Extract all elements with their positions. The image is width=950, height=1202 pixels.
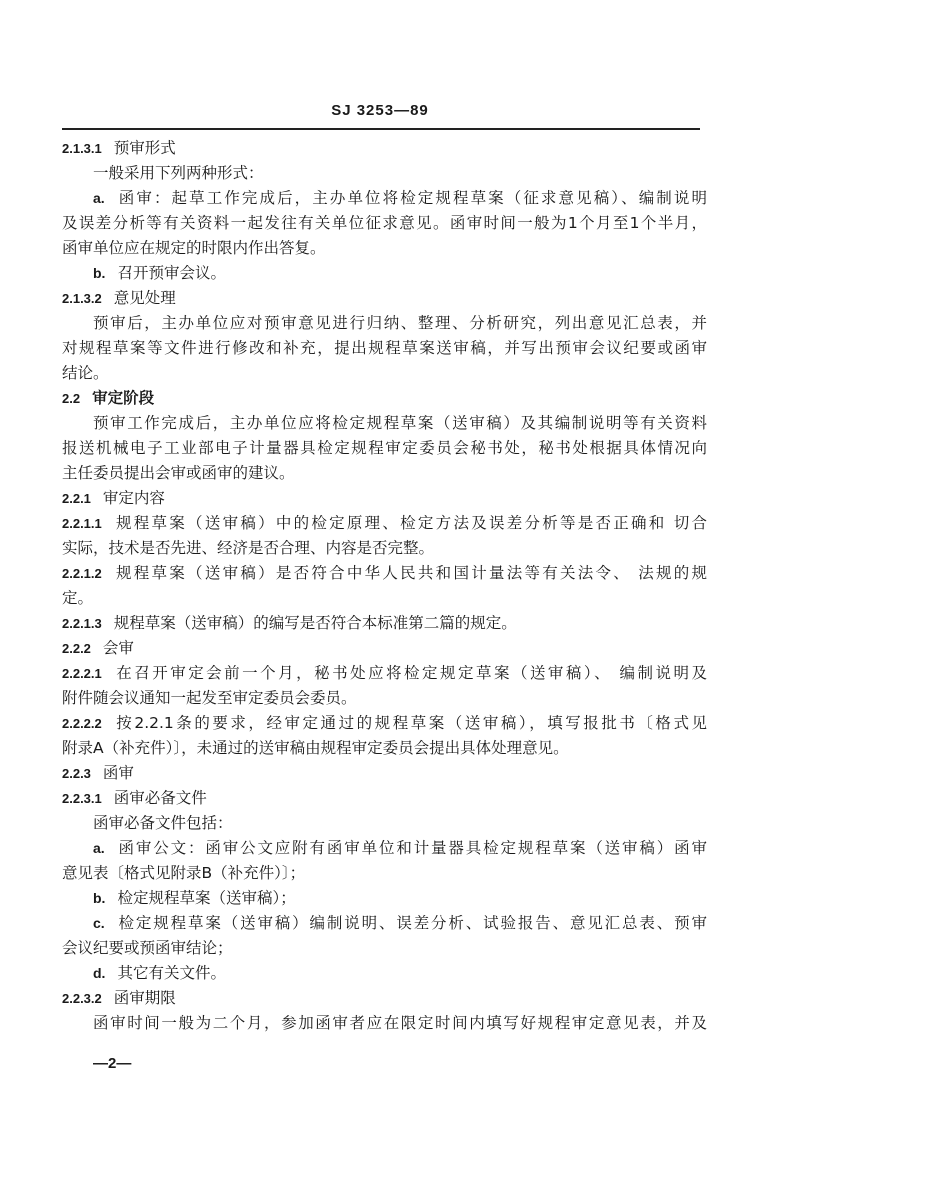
text-line: 及误差分析等有关资料一起发往有关单位征求意见。函审时间一般为1个月至1个半月， [62,211,707,236]
text-line: 报送机械电子工业部电子计量器具检定规程审定委员会秘书处，秘书处根据具体情况向 [62,436,707,461]
item-marker: b. [93,265,105,281]
item-marker: c. [93,915,105,931]
header-rule [62,128,700,130]
section-title: 审定阶段 [92,389,154,407]
text-line: 意见表〔格式见附录B（补充件）〕； [62,861,707,886]
section-number: 2.2 [62,391,80,406]
section-number: 2.2.1.1 [62,516,102,531]
clause: 2.2.1.3规程草案（送审稿）的编写是否符合本标准第二篇的规定。 [62,611,707,636]
section-number: 2.2.3 [62,766,91,781]
section-heading: 2.1.3.1预审形式 [62,136,707,161]
text-line: 定。 [62,586,707,611]
section-title: 会审 [103,639,134,657]
item-marker: a. [93,190,105,206]
section-heading: 2.2.3.2函审期限 [62,986,707,1011]
clause: 2.2.1.1规程草案（送审稿）中的检定原理、检定方法及误差分析等是否正确和 切… [62,511,707,536]
text-line: 函审公文：函审公文应附有函审单位和计量器具检定规程草案（送审稿）函审 [117,839,707,857]
text-line: 规程草案（送审稿）中的检定原理、检定方法及误差分析等是否正确和 切合 [114,514,707,532]
item-marker: d. [93,965,105,981]
text-line: 主任委员提出会审或函审的建议。 [62,461,707,486]
section-number: 2.1.3.2 [62,291,102,306]
text-line: 检定规程草案（送审稿）； [117,889,295,907]
text-line: 预审工作完成后，主办单位应将检定规程草案（送审稿）及其编制说明等有关资料 [62,411,707,436]
text-line: 函审：起草工作完成后，主办单位将检定规程草案（征求意见稿）、编制说明 [117,189,707,207]
section-number: 2.2.1 [62,491,91,506]
item-marker: b. [93,890,105,906]
section-title: 预审形式 [114,139,176,157]
list-item-b: b.召开预审会议。 [62,261,707,286]
page-number: —2— [93,1055,131,1072]
text-line: 会议纪要或预函审结论； [62,936,707,961]
text-line: 其它有关文件。 [117,964,226,982]
paragraph: 函审必备文件包括： [62,811,707,836]
text-line: 检定规程草案（送审稿）编制说明、误差分析、试验报告、意见汇总表、预审 [117,914,707,932]
section-title: 函审 [103,764,134,782]
section-heading: 2.2.2会审 [62,636,707,661]
text-line: 函审时间一般为二个月，参加函审者应在限定时间内填写好规程审定意见表，并及 [62,1011,707,1036]
text-line: 召开预审会议。 [117,264,226,282]
list-item-a: a.函审：起草工作完成后，主办单位将检定规程草案（征求意见稿）、编制说明 [62,186,707,211]
section-number: 2.2.3.1 [62,791,102,806]
list-item-b: b.检定规程草案（送审稿）； [62,886,707,911]
clause: 2.2.1.2规程草案（送审稿）是否符合中华人民共和国计量法等有关法令、 法规的… [62,561,707,586]
text-line: 规程草案（送审稿）的编写是否符合本标准第二篇的规定。 [114,614,517,632]
text-line: 附录A（补充件）〕，未通过的送审稿由规程审定委员会提出具体处理意见。 [62,736,707,761]
section-number: 2.1.3.1 [62,141,102,156]
text-line: 结论。 [62,361,707,386]
section-title: 审定内容 [103,489,165,507]
section-heading: 2.1.3.2意见处理 [62,286,707,311]
section-number: 2.2.1.2 [62,566,102,581]
section-heading: 2.2审定阶段 [62,386,707,411]
section-title: 函审必备文件 [114,789,207,807]
text-line: 函审单位应在规定的时限内作出答复。 [62,236,707,261]
text-line: 对规程草案等文件进行修改和补充，提出规程草案送审稿，并写出预审会议纪要或函审 [62,336,707,361]
list-item-a: a.函审公文：函审公文应附有函审单位和计量器具检定规程草案（送审稿）函审 [62,836,707,861]
section-number: 2.2.1.3 [62,616,102,631]
clause: 2.2.2.1在召开审定会前一个月，秘书处应将检定规定草案（送审稿）、 编制说明… [62,661,707,686]
list-item-d: d.其它有关文件。 [62,961,707,986]
document-code-header: SJ 3253—89 [0,102,760,119]
text-line: 按2.2.1条的要求，经审定通过的规程草案（送审稿），填写报批书〔格式见 [114,714,707,732]
section-number: 2.2.2 [62,641,91,656]
section-heading: 2.2.1审定内容 [62,486,707,511]
section-number: 2.2.3.2 [62,991,102,1006]
text-line: 预审后，主办单位应对预审意见进行归纳、整理、分析研究，列出意见汇总表，并 [62,311,707,336]
section-title: 函审期限 [114,989,176,1007]
section-number: 2.2.2.2 [62,716,102,731]
clause: 2.2.2.2按2.2.1条的要求，经审定通过的规程草案（送审稿），填写报批书〔… [62,711,707,736]
text-line: 附件随会议通知一起发至审定委员会委员。 [62,686,707,711]
text-line: 规程草案（送审稿）是否符合中华人民共和国计量法等有关法令、 法规的规 [114,564,707,582]
section-heading: 2.2.3函审 [62,761,707,786]
paragraph: 一般采用下列两种形式： [62,161,707,186]
document-body: 2.1.3.1预审形式 一般采用下列两种形式： a.函审：起草工作完成后，主办单… [62,136,707,1036]
section-title: 意见处理 [114,289,176,307]
text-line: 在召开审定会前一个月，秘书处应将检定规定草案（送审稿）、 编制说明及 [114,664,707,682]
list-item-c: c.检定规程草案（送审稿）编制说明、误差分析、试验报告、意见汇总表、预审 [62,911,707,936]
item-marker: a. [93,840,105,856]
section-heading: 2.2.3.1函审必备文件 [62,786,707,811]
text-line: 实际，技术是否先进、经济是否合理、内容是否完整。 [62,536,707,561]
section-number: 2.2.2.1 [62,666,102,681]
